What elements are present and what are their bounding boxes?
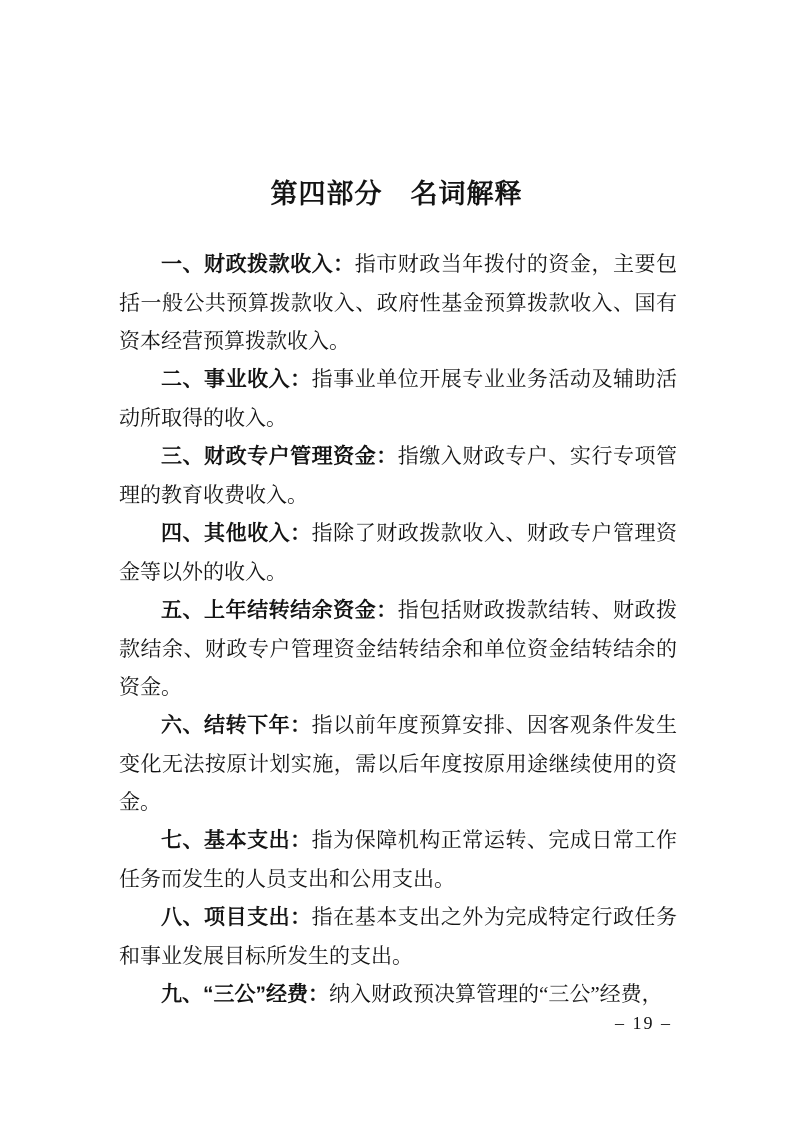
- term-label: 六、结转下年：: [161, 714, 312, 737]
- glossary-item: 七、基本支出：指为保障机构正常运转、完成日常工作任务而发生的人员支出和公用支出。: [119, 821, 677, 898]
- glossary-list: 一、财政拨款收入：指市财政当年拨付的资金，主要包括一般公共预算拨款收入、政府性基…: [119, 245, 677, 1014]
- definition-text: 纳入财政预决算管理的“三公”经费，: [329, 982, 663, 1006]
- document-page: 第四部分 名词解释 一、财政拨款收入：指市财政当年拨付的资金，主要包括一般公共预…: [0, 0, 793, 1122]
- term-label: 三、财政专户管理资金：: [161, 445, 398, 468]
- section-title: 第四部分 名词解释: [0, 172, 793, 211]
- glossary-item: 三、财政专户管理资金：指缴入财政专户、实行专项管理的教育收费收入。: [119, 437, 677, 514]
- term-label: 一、财政拨款收入：: [161, 253, 355, 276]
- term-label: 二、事业收入：: [161, 368, 312, 391]
- glossary-item: 六、结转下年：指以前年度预算安排、因客观条件发生变化无法按原计划实施，需以后年度…: [119, 706, 677, 821]
- term-label: 五、上年结转结余资金：: [161, 599, 398, 622]
- term-label: 七、基本支出：: [161, 829, 312, 852]
- glossary-item: 八、项目支出：指在基本支出之外为完成特定行政任务和事业发展目标所发生的支出。: [119, 898, 677, 975]
- page-number: – 19 –: [615, 1013, 672, 1034]
- glossary-item: 九、“三公”经费：纳入财政预决算管理的“三公”经费，: [119, 975, 677, 1014]
- term-label: 八、项目支出：: [161, 906, 312, 929]
- glossary-item: 五、上年结转结余资金：指包括财政拨款结转、财政拨款结余、财政专户管理资金结转结余…: [119, 591, 677, 706]
- term-label: 四、其他收入：: [161, 522, 312, 545]
- glossary-item: 二、事业收入：指事业单位开展专业业务活动及辅助活动所取得的收入。: [119, 360, 677, 437]
- glossary-item: 四、其他收入：指除了财政拨款收入、财政专户管理资金等以外的收入。: [119, 514, 677, 591]
- glossary-item: 一、财政拨款收入：指市财政当年拨付的资金，主要包括一般公共预算拨款收入、政府性基…: [119, 245, 677, 360]
- term-label: 九、“三公”经费：: [161, 983, 329, 1006]
